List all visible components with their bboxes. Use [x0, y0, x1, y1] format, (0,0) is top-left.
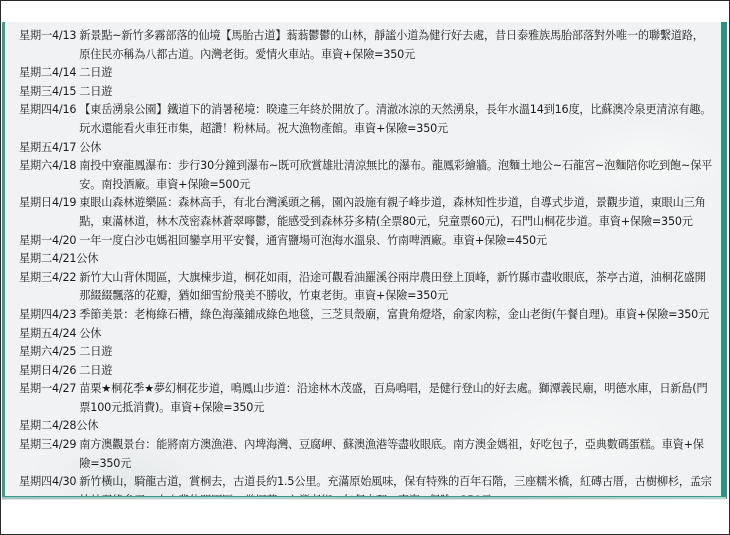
schedule-entry: 星期四4/23 季節美景：老梅綠石槽，綠色海藻鋪成綠色地毯，三芝貝殼廟，富貴角燈… [19, 306, 713, 325]
entry-date: 星期五4/24 [19, 325, 79, 344]
entry-date: 星期四4/16 [19, 101, 79, 120]
entry-date: 星期二4/14 [19, 64, 79, 83]
entry-description: 苗栗★桐花季★夢幻桐花步道，鳴鳳山步道：沿途林木茂盛，百鳥鳴唱，是健行登山的好去… [79, 380, 713, 417]
entry-description: 公休 [79, 139, 713, 158]
schedule-entry: 星期三4/22 新竹大山背休閒區，大旗棟步道，桐花如雨，沿途可觀看油羅溪谷兩岸農… [19, 269, 713, 306]
entry-description: 公休 [76, 417, 713, 436]
decorative-strip [2, 497, 726, 500]
schedule-entry: 星期日4/26 二日遊 [19, 362, 713, 381]
entry-description: 二日遊 [79, 362, 713, 381]
entry-date: 星期四4/23 [19, 306, 79, 325]
schedule-entry: 星期一4/20 一年一度白沙屯媽祖回鑾享用平安餐，通宵鹽場可泡海水溫泉、竹南啤酒… [19, 232, 713, 251]
schedule-entry: 星期一4/13 新景點~新竹多霧部落的仙境【馬胎古道】蓊蓊鬱鬱的山林，靜謐小道為… [19, 27, 713, 64]
entry-description: 新竹大山背休閒區，大旗棟步道，桐花如雨，沿途可觀看油羅溪谷兩岸農田登上頂峰，新竹… [79, 269, 713, 306]
schedule-entry: 星期三4/29 南方澳觀景台：能將南方澳漁港、內埤海灣、豆腐岬、蘇澳漁港等盡收眼… [19, 436, 713, 473]
schedule-entry: 星期四4/16 【東岳湧泉公園】鐵道下的消暑秘境：睽違三年終於開放了。清澈冰涼的… [19, 101, 713, 138]
schedule-entry: 星期一4/27 苗栗★桐花季★夢幻桐花步道，鳴鳳山步道：沿途林木茂盛，百鳥鳴唱，… [19, 380, 713, 417]
entry-description: 二日遊 [79, 343, 713, 362]
schedule-entry: 星期六4/18 南投中寮龍鳳瀑布：步行30分鐘到瀑布~既可欣賞雄壯清涼無比的瀑布… [19, 157, 713, 194]
entry-date: 星期一4/20 [19, 232, 79, 251]
entry-date: 星期一4/13 [19, 27, 79, 46]
entry-date: 星期日4/26 [19, 362, 79, 381]
entry-date: 星期五4/17 [19, 139, 79, 158]
schedule-entry: 星期二4/14 二日遊 [19, 64, 713, 83]
entry-date: 星期四4/30 [19, 473, 79, 492]
entry-date: 星期三4/15 [19, 83, 79, 102]
entry-description: 公休 [76, 250, 713, 269]
entry-description: 二日遊 [79, 64, 713, 83]
entry-description: 南投中寮龍鳳瀑布：步行30分鐘到瀑布~既可欣賞雄壯清涼無比的瀑布。龍鳳彩繪牆。泡… [79, 157, 713, 194]
entry-date: 星期日4/19 [19, 194, 79, 213]
entry-description: 新景點~新竹多霧部落的仙境【馬胎古道】蓊蓊鬱鬱的山林，靜謐小道為健行好去處，昔日… [79, 27, 713, 64]
entry-date: 星期二4/21 [19, 250, 76, 269]
schedule-entry: 星期三4/15 二日遊 [19, 83, 713, 102]
entry-description: 二日遊 [79, 83, 713, 102]
schedule-entry: 星期二4/21 公休 [19, 250, 713, 269]
entry-description: 新竹橫山，騎龍古道，賞桐去，古道長約1.5公里。充滿原始風味，保有特殊的百年石階… [79, 473, 713, 499]
schedule-entry: 星期日4/19 東眼山森林遊樂區：森林高手，有北台灣溪頭之稱，園內設施有親子峰步… [19, 194, 713, 231]
schedule-entry: 星期五4/24 公休 [19, 325, 713, 344]
entry-description: 東眼山森林遊樂區：森林高手，有北台灣溪頭之稱，園內設施有親子峰步道，森林知性步道… [79, 194, 713, 231]
entry-date: 星期三4/29 [19, 436, 79, 455]
entry-date: 星期一4/27 [19, 380, 79, 399]
entry-description: 【東岳湧泉公園】鐵道下的消暑秘境：睽違三年終於開放了。清澈冰涼的天然湧泉，長年水… [79, 101, 713, 138]
entry-date: 星期三4/22 [19, 269, 79, 288]
entry-date: 星期六4/25 [19, 343, 79, 362]
schedule-entry: 星期二4/28 公休 [19, 417, 713, 436]
entry-date: 星期六4/18 [19, 157, 79, 176]
schedule-entry: 星期五4/17 公休 [19, 139, 713, 158]
entry-description: 一年一度白沙屯媽祖回鑾享用平安餐，通宵鹽場可泡海水溫泉、竹南啤酒廠。車資+保險=… [79, 232, 713, 251]
schedule-entry: 星期四4/30 新竹橫山，騎龍古道，賞桐去，古道長約1.5公里。充滿原始風味，保… [19, 473, 713, 499]
schedule-panel: 星期一4/13 新景點~新竹多霧部落的仙境【馬胎古道】蓊蓊鬱鬱的山林，靜謐小道為… [2, 22, 727, 499]
schedule-list: 星期一4/13 新景點~新竹多霧部落的仙境【馬胎古道】蓊蓊鬱鬱的山林，靜謐小道為… [19, 27, 713, 499]
entry-description: 公休 [79, 325, 713, 344]
entry-date: 星期二4/28 [19, 417, 76, 436]
schedule-entry: 星期六4/25 二日遊 [19, 343, 713, 362]
entry-description: 季節美景：老梅綠石槽，綠色海藻鋪成綠色地毯，三芝貝殼廟，富貴角燈塔，俞家肉粽，金… [79, 306, 713, 325]
entry-description: 南方澳觀景台：能將南方澳漁港、內埤海灣、豆腐岬、蘇澳漁港等盡收眼底。南方澳金媽祖… [79, 436, 713, 473]
